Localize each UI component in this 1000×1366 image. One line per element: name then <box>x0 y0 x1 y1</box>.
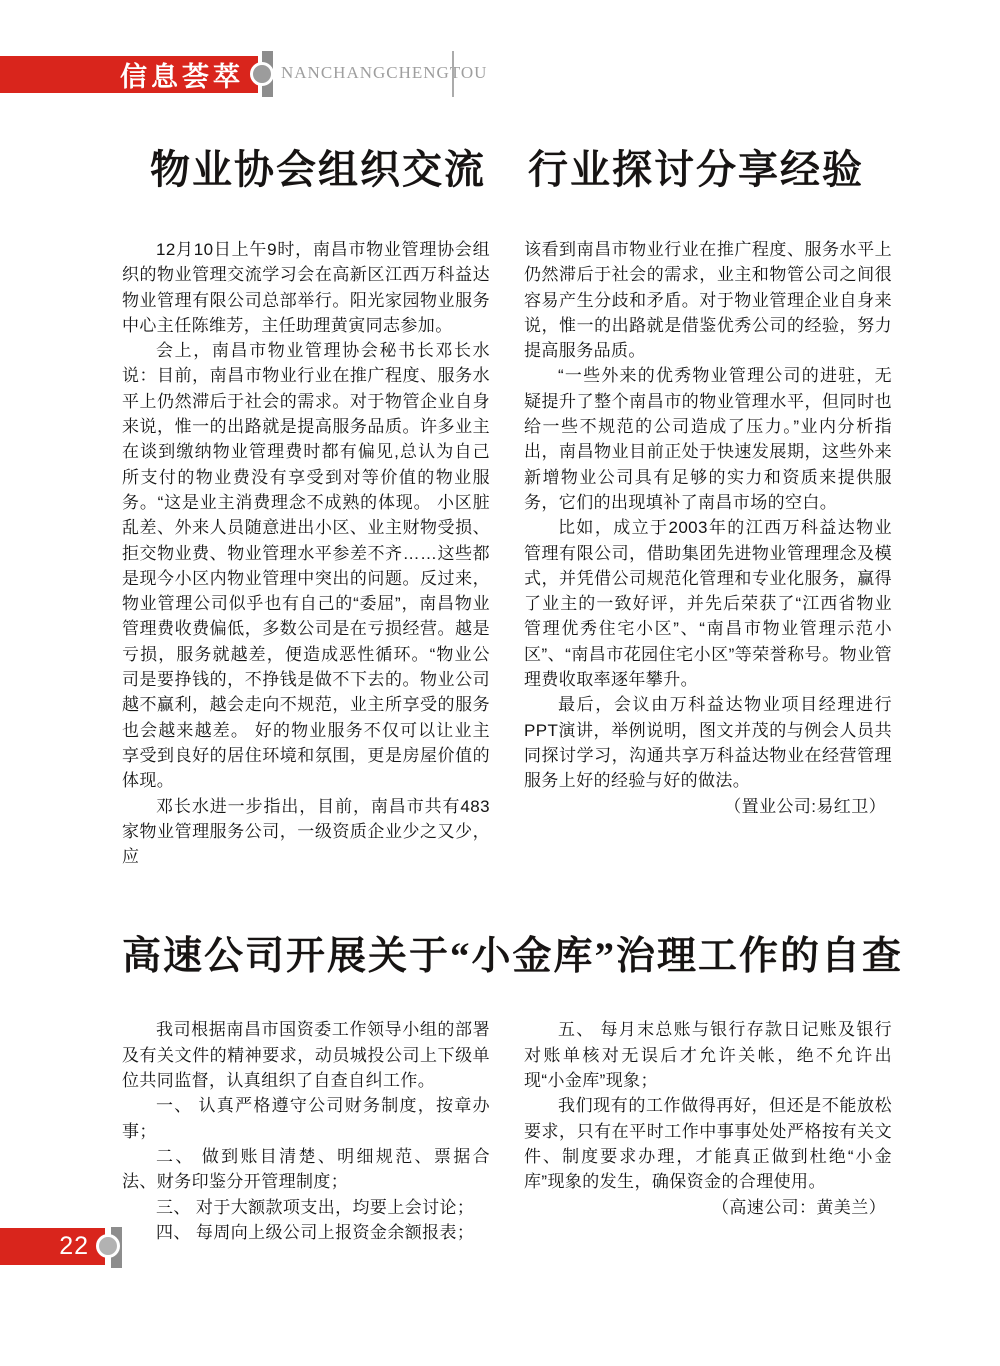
paragraph: 一、 认真严格遵守公司财务制度，按章办事； <box>122 1093 490 1144</box>
page-number-banner: 22 <box>0 1228 105 1265</box>
paragraph: 会上，南昌市物业管理协会秘书长邓长水说：目前，南昌市物业行业在推广程度、服务水平… <box>122 338 490 793</box>
article-small-treasury: 高速公司开展关于“小金库”治理工作的自查 我司根据南昌市国资委工作领导小组的部署… <box>122 925 892 1245</box>
paragraph: “一些外来的优秀物业管理公司的进驻，无疑提升了整个南昌市的物业管理水平，但同时也… <box>524 363 892 515</box>
section-label: 信息荟萃 <box>120 55 244 94</box>
article-1-right-column: 该看到南昌市物业行业在推广程度、服务水平上仍然滞后于社会的需求，业主和物管公司之… <box>524 237 892 869</box>
article-1-columns: 12月10日上午9时，南昌市物业管理协会组织的物业管理交流学习会在高新区江西万科… <box>122 237 892 869</box>
article-2-right-column: 五、 每月末总账与银行存款日记账及银行对账单核对无误后才允许关帐，绝不允许出现“… <box>524 1017 892 1245</box>
paragraph: 二、 做到账目清楚、明细规范、票据合法、财务印鉴分开管理制度； <box>122 1144 490 1195</box>
paragraph: 我们现有的工作做得再好，但还是不能放松要求，只有在平时工作中事事处处严格按有关文… <box>524 1093 892 1194</box>
paragraph: 五、 每月末总账与银行存款日记账及银行对账单核对无误后才允许关帐，绝不允许出现“… <box>524 1017 892 1093</box>
paragraph: 邓长水进一步指出，目前，南昌市共有483家物业管理服务公司，一级资质企业少之又少… <box>122 794 490 870</box>
article-2-columns: 我司根据南昌市国资委工作领导小组的部署及有关文件的精神要求，动员城投公司上下级单… <box>122 1017 892 1245</box>
page-number: 22 <box>59 1232 89 1261</box>
article-1-byline: （置业公司:易红卫） <box>524 794 892 819</box>
article-1-left-column: 12月10日上午9时，南昌市物业管理协会组织的物业管理交流学习会在高新区江西万科… <box>122 237 490 869</box>
paragraph: 该看到南昌市物业行业在推广程度、服务水平上仍然滞后于社会的需求，业主和物管公司之… <box>524 237 892 363</box>
paragraph: 最后，会议由万科益达物业项目经理进行PPT演讲，举例说明，图文并茂的与例会人员共… <box>524 692 892 793</box>
brand-name: NANCHANGCHENGTOU <box>281 63 487 83</box>
paragraph: 比如，成立于2003年的江西万科益达物业管理有限公司，借助集团先进物业管理理念及… <box>524 515 892 692</box>
paragraph: 四、 每周向上级公司上报资金余额报表； <box>122 1220 490 1245</box>
article-1-title: 物业协会组织交流 行业探讨分享经验 <box>122 138 892 195</box>
header-end-line <box>452 51 454 97</box>
section-banner: 信息荟萃 <box>0 56 258 93</box>
article-2-byline: （高速公司：黄美兰） <box>524 1195 892 1220</box>
article-2-left-column: 我司根据南昌市国资委工作领导小组的部署及有关文件的精神要求，动员城投公司上下级单… <box>122 1017 490 1245</box>
article-2-title: 高速公司开展关于“小金库”治理工作的自查 <box>122 925 892 981</box>
circle-bullet-icon <box>250 62 274 86</box>
paragraph: 三、 对于大额款项支出，均要上会讨论； <box>122 1195 490 1220</box>
page-content: 物业协会组织交流 行业探讨分享经验 12月10日上午9时，南昌市物业管理协会组织… <box>122 120 892 1245</box>
paragraph: 我司根据南昌市国资委工作领导小组的部署及有关文件的精神要求，动员城投公司上下级单… <box>122 1017 490 1093</box>
paragraph: 12月10日上午9时，南昌市物业管理协会组织的物业管理交流学习会在高新区江西万科… <box>122 237 490 338</box>
article-property-association: 物业协会组织交流 行业探讨分享经验 12月10日上午9时，南昌市物业管理协会组织… <box>122 138 892 869</box>
circle-bullet-icon <box>96 1234 120 1258</box>
